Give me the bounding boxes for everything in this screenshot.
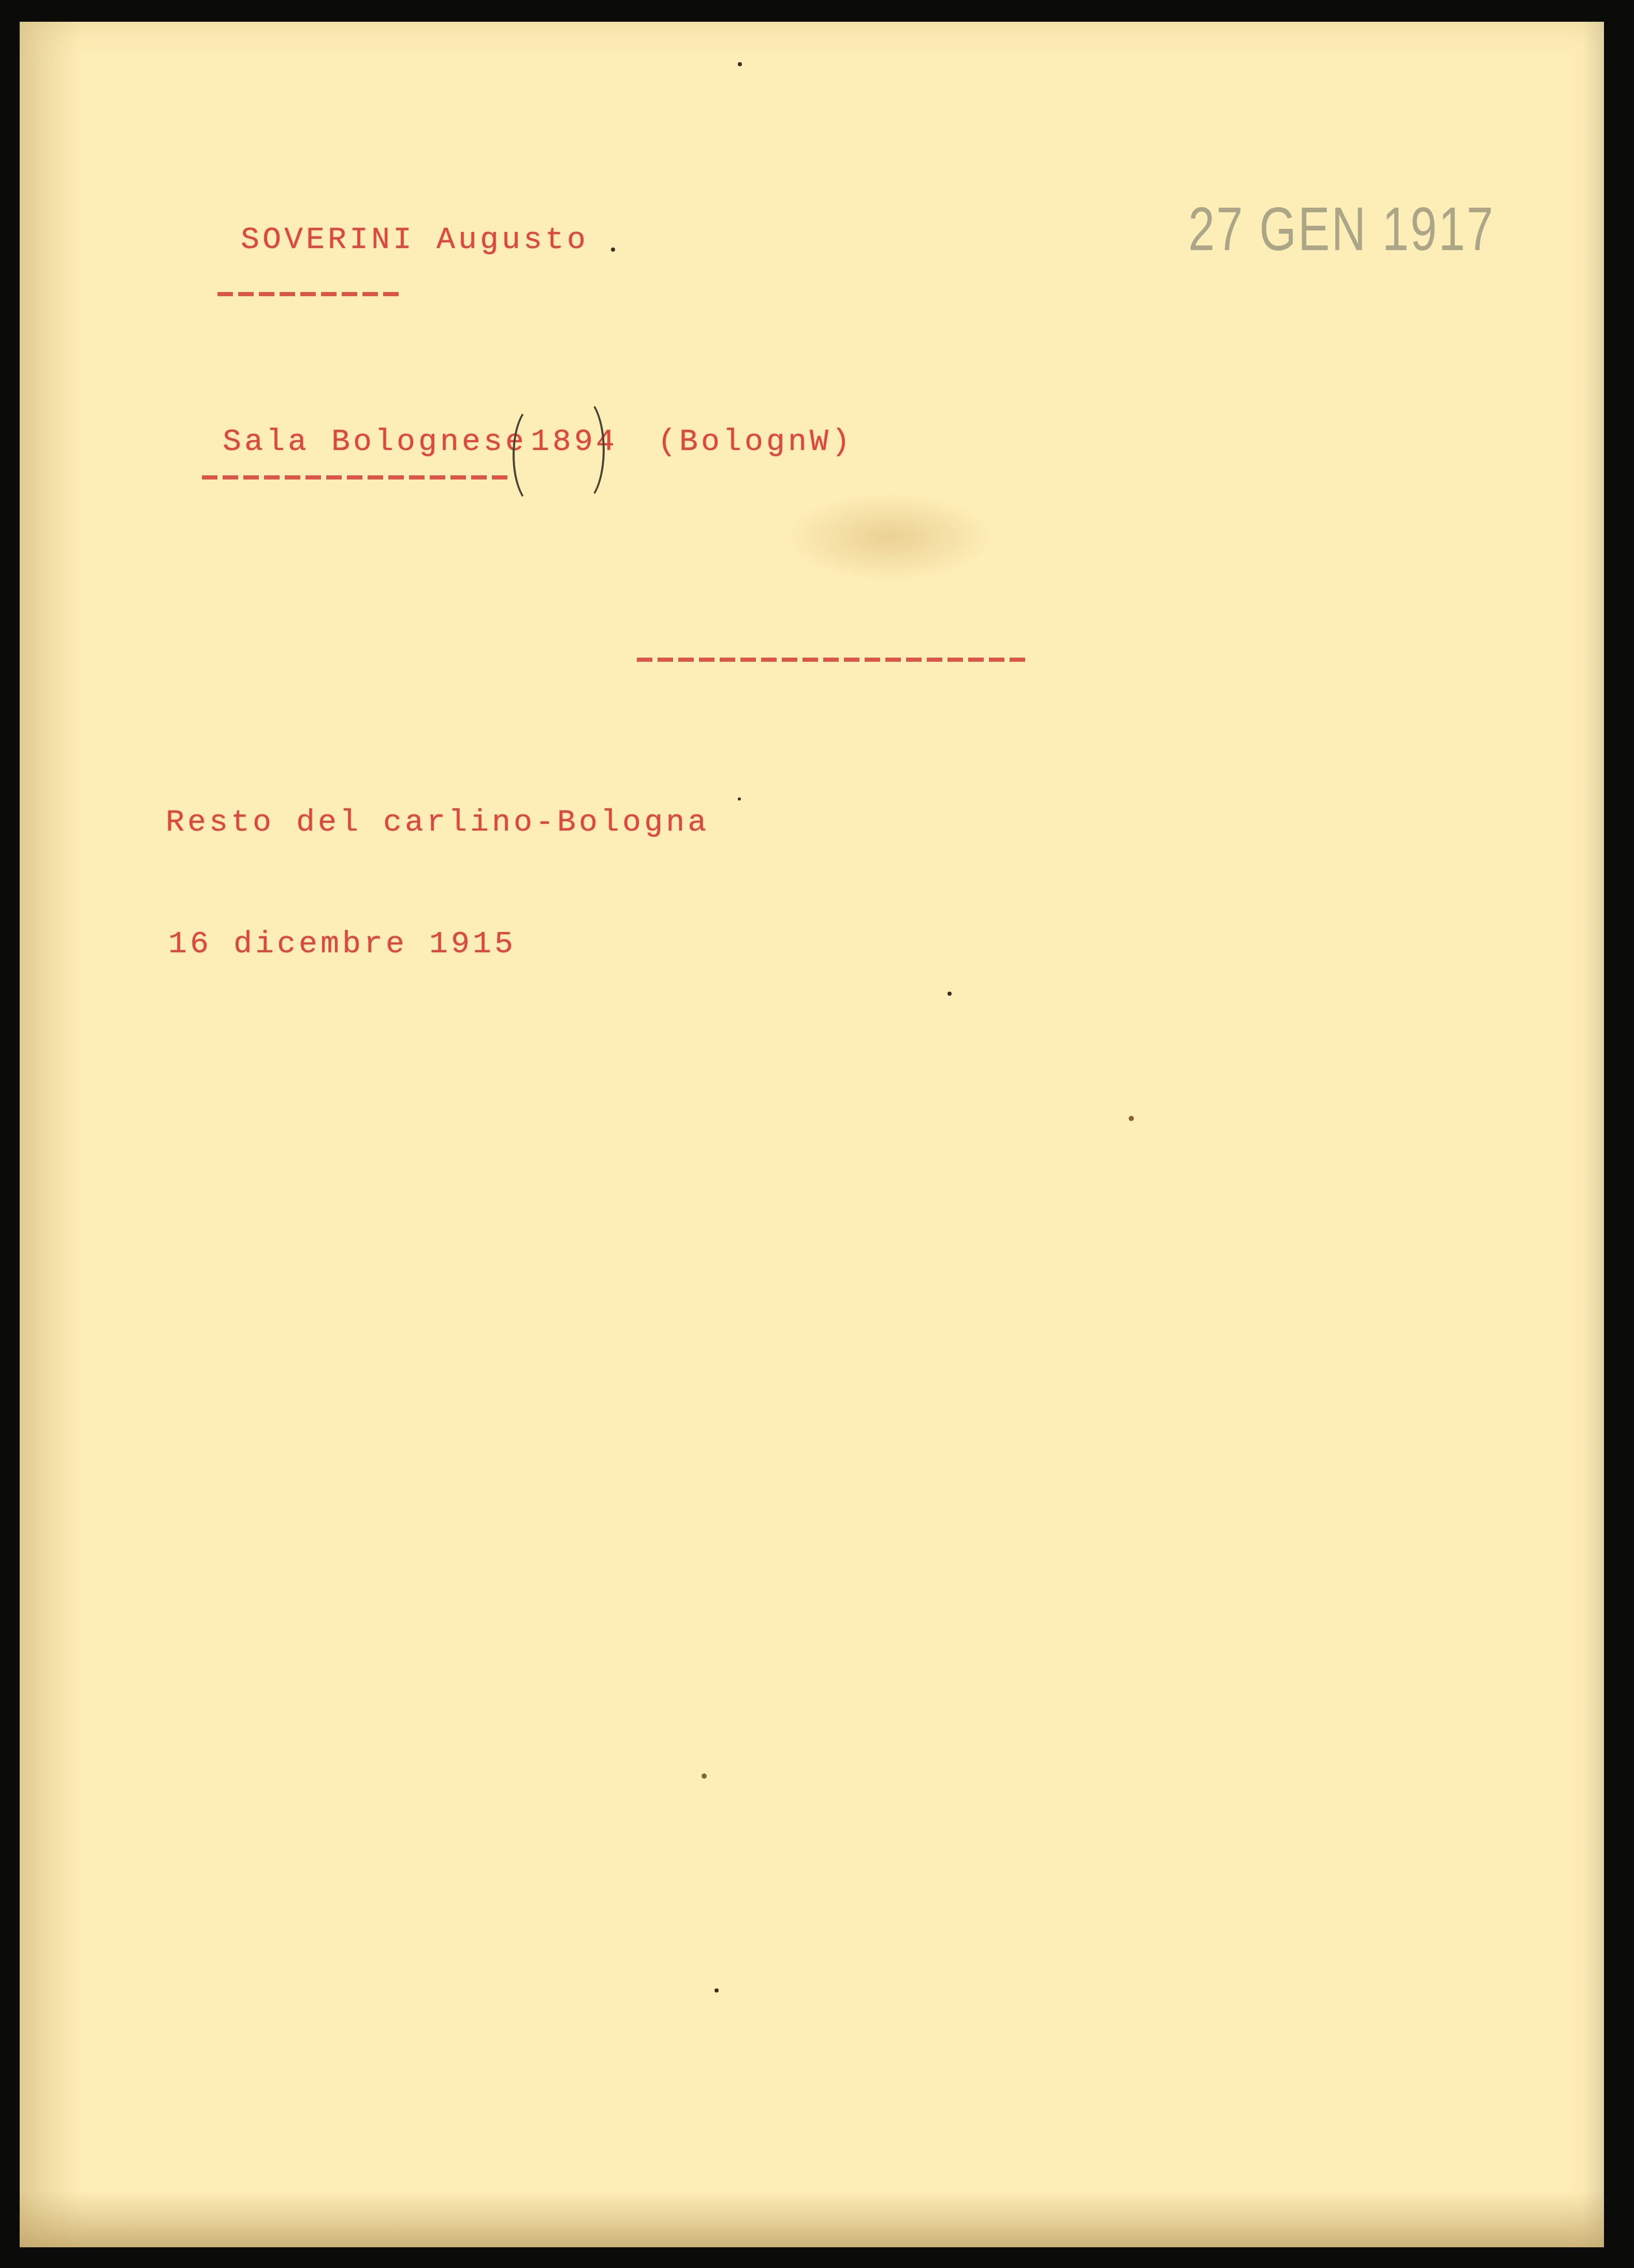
paper-edge [1583,22,1604,2247]
publication-date: 16 dicembre 1915 [168,927,516,962]
ink-dot [702,1773,707,1779]
date-stamp: 27 GEN 1917 [1188,194,1495,265]
ink-dot [738,797,741,801]
ink-dot [611,248,615,252]
handwritten-bracket-right [559,396,605,504]
handwritten-bracket-left [513,404,558,506]
ink-dot [1129,1116,1134,1121]
name-underline [217,292,404,296]
subject-name: SOVERINI Augusto [241,223,589,258]
archival-card [20,22,1604,2247]
source-publication: Resto del carlino-Bologna [166,805,709,840]
paper-stain [786,493,993,581]
birth-underline [202,475,513,479]
birth-province: (BolognW) [658,425,853,460]
ink-dot [738,62,742,66]
ink-dot [714,1988,719,1993]
ink-dot [947,992,952,996]
birth-place: Sala Bolognese [223,425,527,460]
section-divider [637,658,1030,662]
